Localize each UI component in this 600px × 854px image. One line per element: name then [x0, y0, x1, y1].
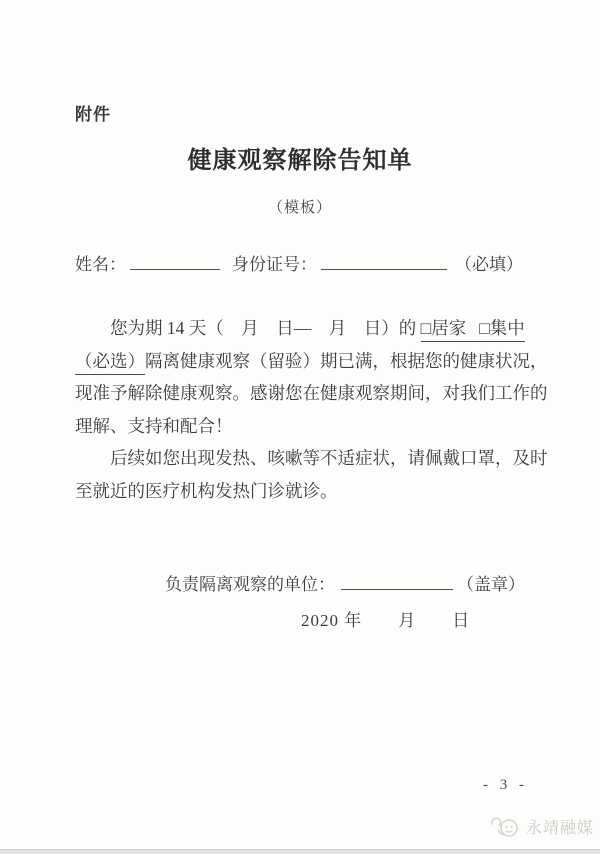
paragraph1-line3: 现准予解除健康观察。感谢您在健康观察期间，对我们工作的	[75, 377, 539, 410]
media-watermark: 永靖融媒	[490, 815, 594, 838]
paragraph1-line1: 您为期 14 天（ 月 日— 月 日）的 □居家□集中	[75, 312, 539, 345]
document-body: 您为期 14 天（ 月 日— 月 日）的 □居家□集中 （必选）隔离健康观察（留…	[75, 312, 539, 507]
id-blank-field[interactable]	[321, 254, 447, 270]
page-number: - 3 -	[483, 777, 528, 794]
document-page: 附件 健康观察解除告知单 （模板） 姓名：身份证号：（必填） 您为期 14 天（…	[0, 0, 600, 854]
watermark-text: 永靖融媒	[526, 815, 594, 838]
quarantine-type-options: □居家□集中	[421, 318, 525, 342]
name-blank-field[interactable]	[130, 254, 220, 270]
media-logo-icon	[490, 816, 522, 838]
paragraph1-line2: （必选）隔离健康观察（留验）期已满，根据您的健康状况，	[75, 345, 539, 378]
required-choice-note: （必选）	[75, 351, 145, 375]
attachment-label: 附件	[75, 100, 111, 125]
document-title: 健康观察解除告知单	[0, 140, 600, 175]
date-line: 2020 年 月 日	[301, 606, 525, 631]
unit-label: 负责隔离观察的单位：	[165, 575, 335, 594]
required-note: （必填）	[455, 255, 523, 274]
paragraph2-line2: 至就近的医疗机构发热门诊就诊。	[75, 475, 539, 508]
seal-note: （盖章）	[457, 575, 525, 594]
id-label: 身份证号：	[232, 255, 317, 274]
p1l1-text: 您为期 14 天（ 月 日— 月 日）的	[110, 318, 421, 338]
p1l2-text: 隔离健康观察（留验）期已满，根据您的健康状况，	[145, 351, 548, 371]
checkbox-option-centralized[interactable]: □集中	[479, 318, 525, 338]
responsible-unit-line: 负责隔离观察的单位：（盖章）	[165, 570, 525, 595]
paragraph1-line4: 理解、支持和配合！	[75, 410, 539, 443]
signature-block: 负责隔离观察的单位：（盖章） 2020 年 月 日	[165, 570, 525, 631]
checkbox-option-home[interactable]: □居家	[421, 318, 467, 338]
name-id-line: 姓名：身份证号：（必填）	[75, 250, 545, 275]
scan-edge-band	[0, 849, 600, 854]
paragraph2-line1: 后续如您出现发热、咳嗽等不适症状，请佩戴口罩，及时	[75, 442, 539, 475]
name-label: 姓名：	[75, 255, 126, 274]
unit-blank-field[interactable]	[341, 574, 453, 590]
template-note: （模板）	[0, 196, 600, 217]
